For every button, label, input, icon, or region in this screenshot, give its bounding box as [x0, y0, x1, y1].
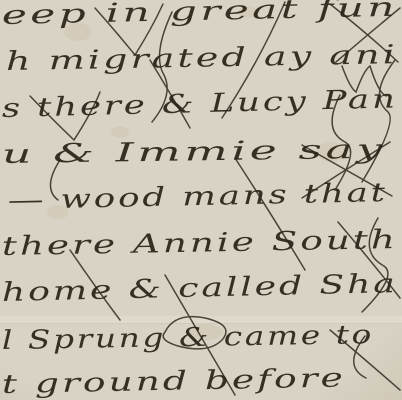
handwritten-letter-image: eep in great fun h migrated ay ani s the…: [0, 0, 402, 400]
letter-scan: eep in great fun h migrated ay ani s the…: [0, 0, 402, 400]
paper-stain: [111, 126, 129, 138]
handwriting-line: l Sprung & came to: [2, 320, 374, 356]
handwriting-line: u & Immie say: [2, 135, 386, 170]
